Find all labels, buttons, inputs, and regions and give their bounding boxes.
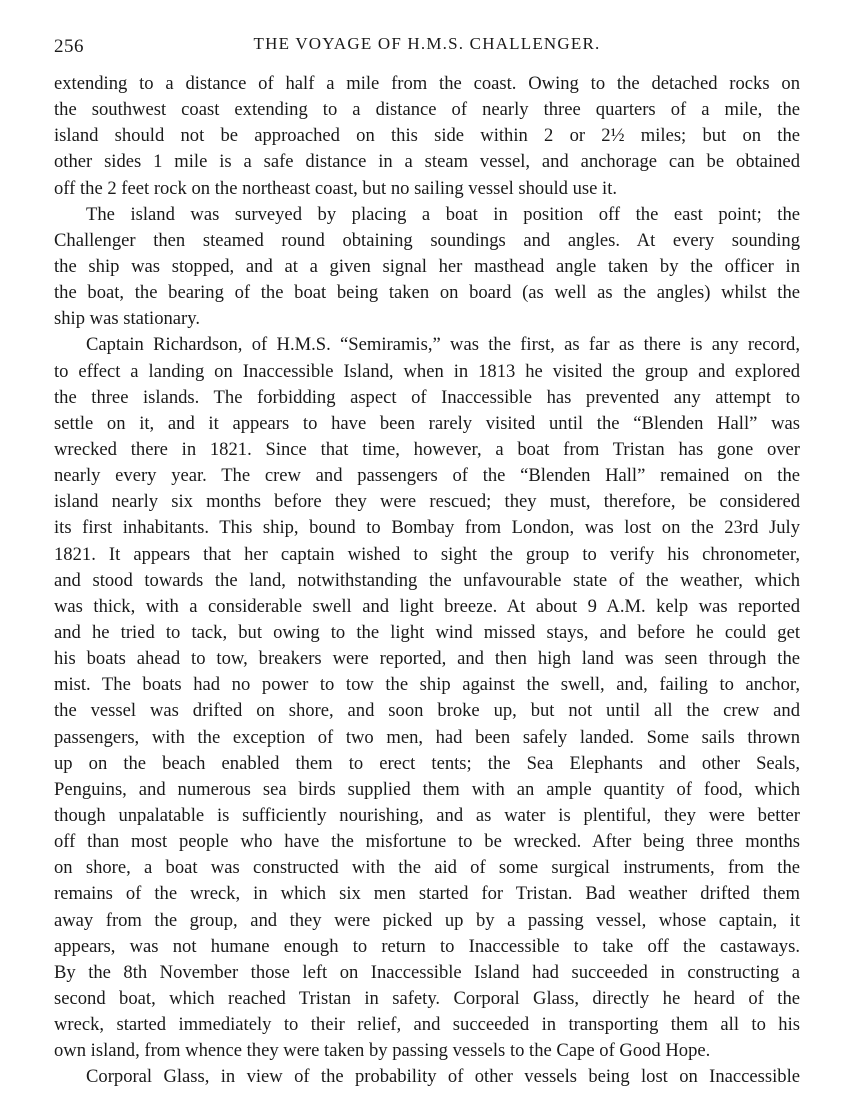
book-page: 256 THE VOYAGE OF H.M.S. CHALLENGER. ext… (0, 0, 850, 1100)
text-line: Challenger then steamed round obtaining … (54, 228, 800, 254)
text-line: appears, was not humane enough to return… (54, 934, 800, 960)
text-line: the three islands. The forbidding aspect… (54, 385, 800, 411)
text-line: to effect a landing on Inaccessible Isla… (54, 359, 800, 385)
text-line: the southwest coast extending to a dista… (54, 97, 800, 123)
text-line: second boat, which reached Tristan in sa… (54, 986, 800, 1012)
text-line: the boat, the bearing of the boat being … (54, 280, 800, 306)
running-title: THE VOYAGE OF H.M.S. CHALLENGER. (54, 34, 800, 54)
text-line: its first inhabitants. This ship, bound … (54, 515, 800, 541)
text-line: The island was surveyed by placing a boa… (54, 202, 800, 228)
text-line: own island, from whence they were taken … (54, 1038, 800, 1064)
text-line: island should not be approached on this … (54, 123, 800, 149)
paragraph: Corporal Glass, in view of the probabili… (54, 1064, 800, 1090)
text-line: the ship was stopped, and at a given sig… (54, 254, 800, 280)
text-line: and stood towards the land, notwithstand… (54, 568, 800, 594)
text-line: wrecked there in 1821. Since that time, … (54, 437, 800, 463)
text-line: wreck, started immediately to their reli… (54, 1012, 800, 1038)
text-line: on shore, a boat was constructed with th… (54, 855, 800, 881)
text-line: and he tried to tack, but owing to the l… (54, 620, 800, 646)
text-line: his boats ahead to tow, breakers were re… (54, 646, 800, 672)
paragraph: Captain Richardson, of H.M.S. “Semiramis… (54, 332, 800, 1064)
text-line: the vessel was drifted on shore, and soo… (54, 698, 800, 724)
text-line: Corporal Glass, in view of the probabili… (54, 1064, 800, 1090)
text-line: though unpalatable is sufficiently nouri… (54, 803, 800, 829)
paragraph: The island was surveyed by placing a boa… (54, 202, 800, 333)
text-line: Captain Richardson, of H.M.S. “Semiramis… (54, 332, 800, 358)
text-line: nearly every year. The crew and passenge… (54, 463, 800, 489)
text-line: ship was stationary. (54, 306, 800, 332)
text-line: settle on it, and it appears to have bee… (54, 411, 800, 437)
body-text: extending to a distance of half a mile f… (54, 71, 800, 1090)
text-line: off the 2 feet rock on the northeast coa… (54, 176, 800, 202)
text-line: extending to a distance of half a mile f… (54, 71, 800, 97)
text-line: island nearly six months before they wer… (54, 489, 800, 515)
paragraph: extending to a distance of half a mile f… (54, 71, 800, 202)
running-head: 256 THE VOYAGE OF H.M.S. CHALLENGER. (54, 34, 800, 60)
text-line: passengers, with the exception of two me… (54, 725, 800, 751)
text-line: mist. The boats had no power to tow the … (54, 672, 800, 698)
text-line: was thick, with a considerable swell and… (54, 594, 800, 620)
text-line: Penguins, and numerous sea birds supplie… (54, 777, 800, 803)
text-line: away from the group, and they were picke… (54, 908, 800, 934)
text-line: 1821. It appears that her captain wished… (54, 542, 800, 568)
text-line: up on the beach enabled them to erect te… (54, 751, 800, 777)
text-line: other sides 1 mile is a safe distance in… (54, 149, 800, 175)
text-line: off than most people who have the misfor… (54, 829, 800, 855)
text-line: remains of the wreck, in which six men s… (54, 881, 800, 907)
text-line: By the 8th November those left on Inacce… (54, 960, 800, 986)
